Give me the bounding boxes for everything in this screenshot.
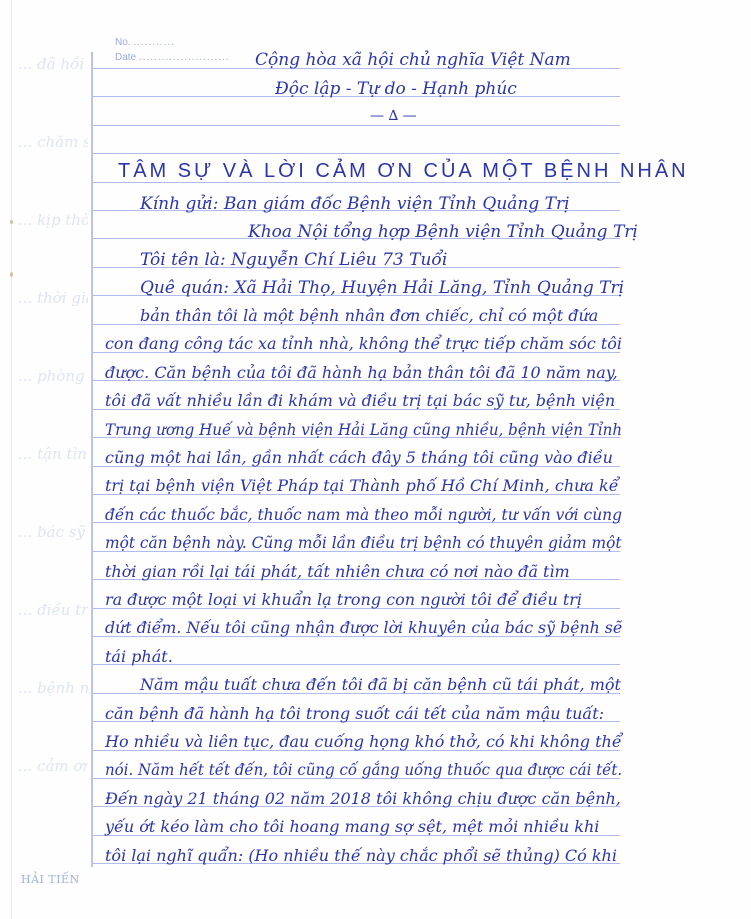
no-dots: ........... (133, 37, 175, 48)
body-line: tái phát. (105, 647, 173, 666)
no-label: No. (115, 37, 131, 48)
paragraph2-line: căn bệnh đã hành hạ tôi trong suốt cái t… (105, 704, 604, 723)
bleed-through-line: ... tận tình (18, 445, 88, 463)
body-line: thời gian rồi lại tái phát, tất nhiên ch… (105, 562, 570, 581)
paragraph2-line: Năm mậu tuất chưa đến tôi đã bị căn bệnh… (140, 675, 621, 694)
page-edge-line (11, 0, 12, 919)
national-motto-line2: Độc lập - Tự do - Hạnh phúc (275, 79, 517, 99)
no-field: No. ........... (115, 37, 175, 48)
date-dots: ........................ (139, 52, 230, 63)
hometown-line: Quê quán: Xã Hải Thọ, Huyện Hải Lăng, Tỉ… (140, 278, 624, 298)
bleed-through-line: ... kịp thời (V) (18, 211, 88, 229)
body-line: cũng một hai lần, gần nhất cách đây 5 th… (105, 448, 613, 467)
body-line: ra được một loại vi khuẩn lạ trong con n… (105, 590, 582, 609)
notebook-brand-imprint: HẢI TIẾN (21, 873, 80, 886)
recipient-line2: Khoa Nội tổng hợp Bệnh viện Tỉnh Quảng T… (248, 222, 638, 242)
bleed-through-line: ... phòng (18, 367, 88, 385)
paragraph2-line: Ho nhiều và liên tục, đau cuống họng khó… (105, 732, 622, 751)
name-line: Tôi tên là: Nguyễn Chí Liêu 73 Tuổi (140, 250, 447, 270)
body-line: trị tại bệnh viện Việt Pháp tại Thành ph… (105, 476, 619, 495)
paper-stain (10, 220, 13, 224)
bleed-through-line: ... thời gian (18, 289, 88, 307)
paragraph2-line: yếu ớt kéo làm cho tôi hoang mang sợ sệt… (105, 817, 599, 836)
margin-line (91, 52, 93, 867)
body-line: được. Căn bệnh của tôi đã hành hạ bản th… (105, 363, 618, 382)
national-motto-line1: Cộng hòa xã hội chủ nghĩa Việt Nam (255, 50, 571, 70)
paragraph2-line: Đến ngày 21 tháng 02 năm 2018 tôi không … (105, 789, 621, 808)
paper-stain (10, 272, 13, 277)
body-line: bản thân tôi là một bệnh nhân đơn chiếc,… (140, 306, 598, 325)
bleed-through-line: ... chăm sóc (18, 133, 88, 151)
motto-separator: — ∆ — (370, 108, 417, 124)
ruled-line (93, 153, 620, 154)
bleed-through-line: ... bác sỹ (18, 523, 88, 541)
body-line: Trung ương Huế và bệnh viện Hải Lăng cũn… (105, 420, 622, 439)
body-line: con đang công tác xa tỉnh nhà, không thể… (105, 334, 622, 353)
body-line: một căn bệnh này. Cũng mỗi lần điều trị … (105, 533, 622, 552)
notebook-page: ... đã hồi phục... chăm sóc... kịp thời … (0, 0, 751, 919)
body-line: dứt điểm. Nếu tôi cũng nhận được lời khu… (105, 618, 622, 637)
date-field: Date ........................ (115, 52, 230, 63)
letter-title: TÂM SỰ VÀ LỜI CẢM ƠN CỦA MỘT BỆNH NHÂN (118, 160, 689, 183)
body-line: tôi đã vất nhiều lần đi khám và điều trị… (105, 391, 615, 410)
paragraph2-line: nói. Năm hết tết đến, tôi cũng cố gắng u… (105, 760, 622, 779)
date-label: Date (115, 52, 136, 63)
paragraph2-line: tôi lại nghĩ quẩn: (Ho nhiều thế này chắ… (105, 846, 617, 865)
recipient-line1: Kính gửi: Ban giám đốc Bệnh viện Tỉnh Qu… (140, 194, 570, 214)
bleed-through-line: ... cảm ơn (18, 757, 88, 775)
bleed-through-line: ... điều trị (18, 601, 88, 619)
ruled-line (93, 125, 620, 126)
bleed-through-line: ... bệnh nhân (18, 679, 88, 697)
body-line: đến các thuốc bắc, thuốc nam mà theo mỗi… (105, 505, 622, 524)
bleed-through-line: ... đã hồi phục (18, 55, 88, 73)
